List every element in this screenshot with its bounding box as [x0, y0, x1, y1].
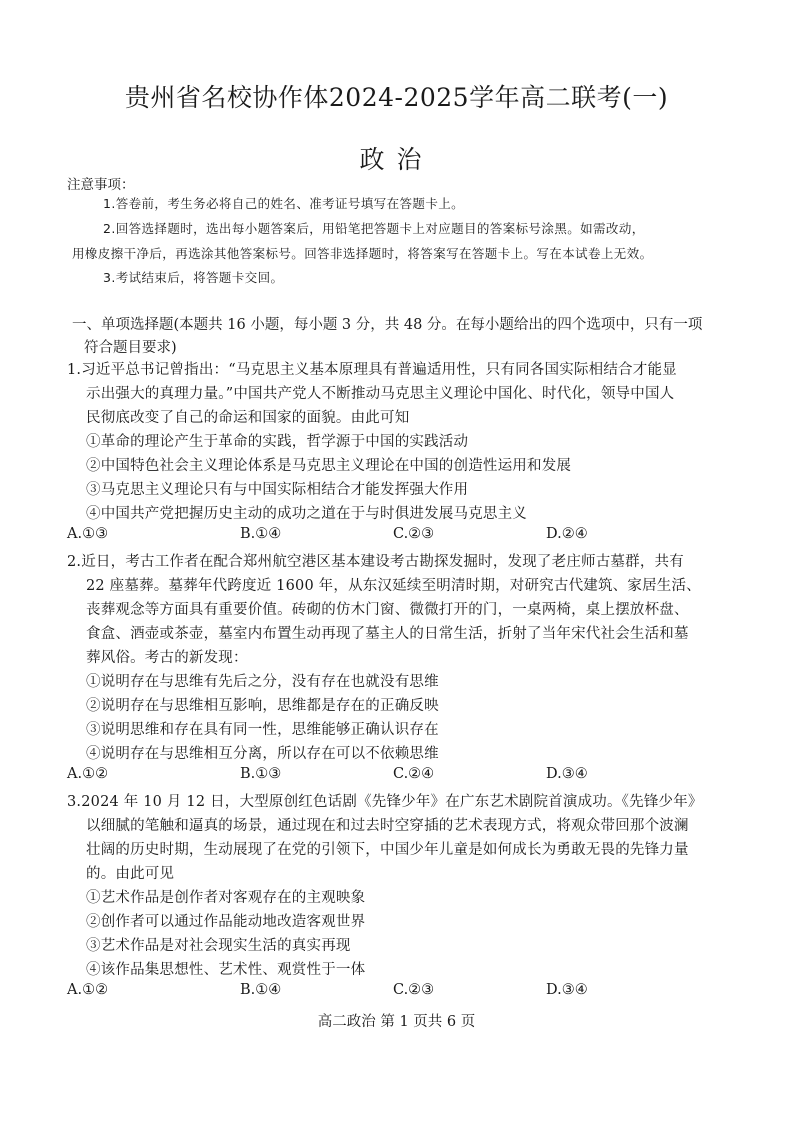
subject-title: 政治 — [0, 140, 793, 176]
statement: ③说明思维和存在具有同一性，思维能够正确认识存在 — [86, 718, 439, 739]
question-stem: 的。由此可见 — [86, 862, 174, 883]
question-stem: 1.习近平总书记曾指出：“马克思主义基本原理具有普遍适用性，只有同各国实际相结合… — [67, 358, 677, 379]
question-stem: 2.近日，考古工作者在配合郑州航空港区基本建设考古勘探发掘时，发现了老庄师古墓群… — [67, 550, 684, 571]
page-title: 贵州省名校协作体2024-2025学年高二联考(一) — [0, 78, 793, 114]
question-stem: 民彻底改变了自己的命运和国家的面貌。由此可知 — [86, 406, 409, 427]
section-heading-cont: 符合题目要求) — [84, 336, 177, 357]
notice-item: 1.答卷前，考生务必将自己的姓名、准考证号填写在答题卡上。 — [103, 194, 464, 212]
section-heading: 一、单项选择题(本题共 16 小题，每小题 3 分，共 48 分。在每小题给出的… — [72, 313, 702, 334]
question-stem: 示出强大的真理力量。”中国共产党人不断推动马克思主义理论中国化、时代化，领导中国… — [86, 382, 674, 403]
notice-item: 2.回答选择题时，选出每小题答案后，用铅笔把答题卡上对应题目的答案标号涂黑。如需… — [103, 219, 645, 237]
statement: ③艺术作品是对社会现实生活的真实再现 — [86, 934, 351, 955]
option-d[interactable]: D.③④ — [546, 982, 588, 998]
question-stem: 3.2024 年 10 月 12 日，大型原创红色话剧《先锋少年》在广东艺术剧院… — [67, 790, 703, 811]
option-c[interactable]: C.②③ — [393, 526, 434, 542]
statement: ③马克思主义理论只有与中国实际相结合才能发挥强大作用 — [86, 478, 468, 499]
question-stem: 22 座墓葬。墓葬年代跨度近 1600 年，从东汉延续至明清时期，对研究古代建筑… — [86, 574, 701, 595]
option-d[interactable]: D.②④ — [546, 526, 588, 542]
option-b[interactable]: B.①④ — [240, 526, 281, 542]
question-stem: 壮阔的历史时期，生动展现了在党的引领下，中国少年儿童是如何成长为勇敢无畏的先锋力… — [86, 838, 689, 859]
question-stem: 葬风俗。考古的新发现： — [86, 646, 248, 667]
option-c[interactable]: C.②④ — [393, 766, 434, 782]
option-a[interactable]: A.①③ — [67, 526, 108, 542]
statement: ①革命的理论产生于革命的实践，哲学源于中国的实践活动 — [86, 430, 468, 451]
statement: ①艺术作品是创作者对客观存在的主观映象 — [86, 886, 365, 907]
option-a[interactable]: A.①② — [67, 982, 108, 998]
statement: ④中国共产党把握历史主动的成功之道在于与时俱进发展马克思主义 — [86, 502, 527, 523]
statement: ②说明存在与思维相互影响，思维都是存在的正确反映 — [86, 694, 439, 715]
statement: ④该作品集思想性、艺术性、观赏性于一体 — [86, 958, 365, 979]
statement: ②中国特色社会主义理论体系是马克思主义理论在中国的创造性运用和发展 — [86, 454, 571, 475]
option-c[interactable]: C.②③ — [393, 982, 434, 998]
option-b[interactable]: B.①③ — [240, 766, 281, 782]
option-d[interactable]: D.③④ — [546, 766, 588, 782]
notice-item: 用橡皮擦干净后，再选涂其他答案标号。回答非选择题时，将答案写在答题卡上。写在本试… — [72, 244, 653, 262]
statement: ①说明存在与思维有先后之分，没有存在也就没有思维 — [86, 670, 439, 691]
option-b[interactable]: B.①④ — [240, 982, 281, 998]
notice-item: 3.考试结束后，将答题卡交回。 — [103, 268, 283, 286]
page-footer: 高二政治 第 1 页共 6 页 — [0, 1010, 793, 1031]
statement: ②创作者可以通过作品能动地改造客观世界 — [86, 910, 365, 931]
question-stem: 食盒、酒壶或茶壶，墓室内布置生动再现了墓主人的日常生活，折射了当年宋代社会生活和… — [86, 622, 689, 643]
question-stem: 丧葬观念等方面具有重要价值。砖砌的仿木门窗、微微打开的门，一桌两椅，桌上摆放杯盘… — [86, 598, 689, 619]
question-stem: 以细腻的笔触和逼真的场景，通过现在和过去时空穿插的艺术表现方式，将观众带回那个波… — [86, 814, 689, 835]
notice-heading: 注意事项： — [67, 173, 135, 193]
option-a[interactable]: A.①② — [67, 766, 108, 782]
statement: ④说明存在与思维相互分离，所以存在可以不依赖思维 — [86, 742, 439, 763]
